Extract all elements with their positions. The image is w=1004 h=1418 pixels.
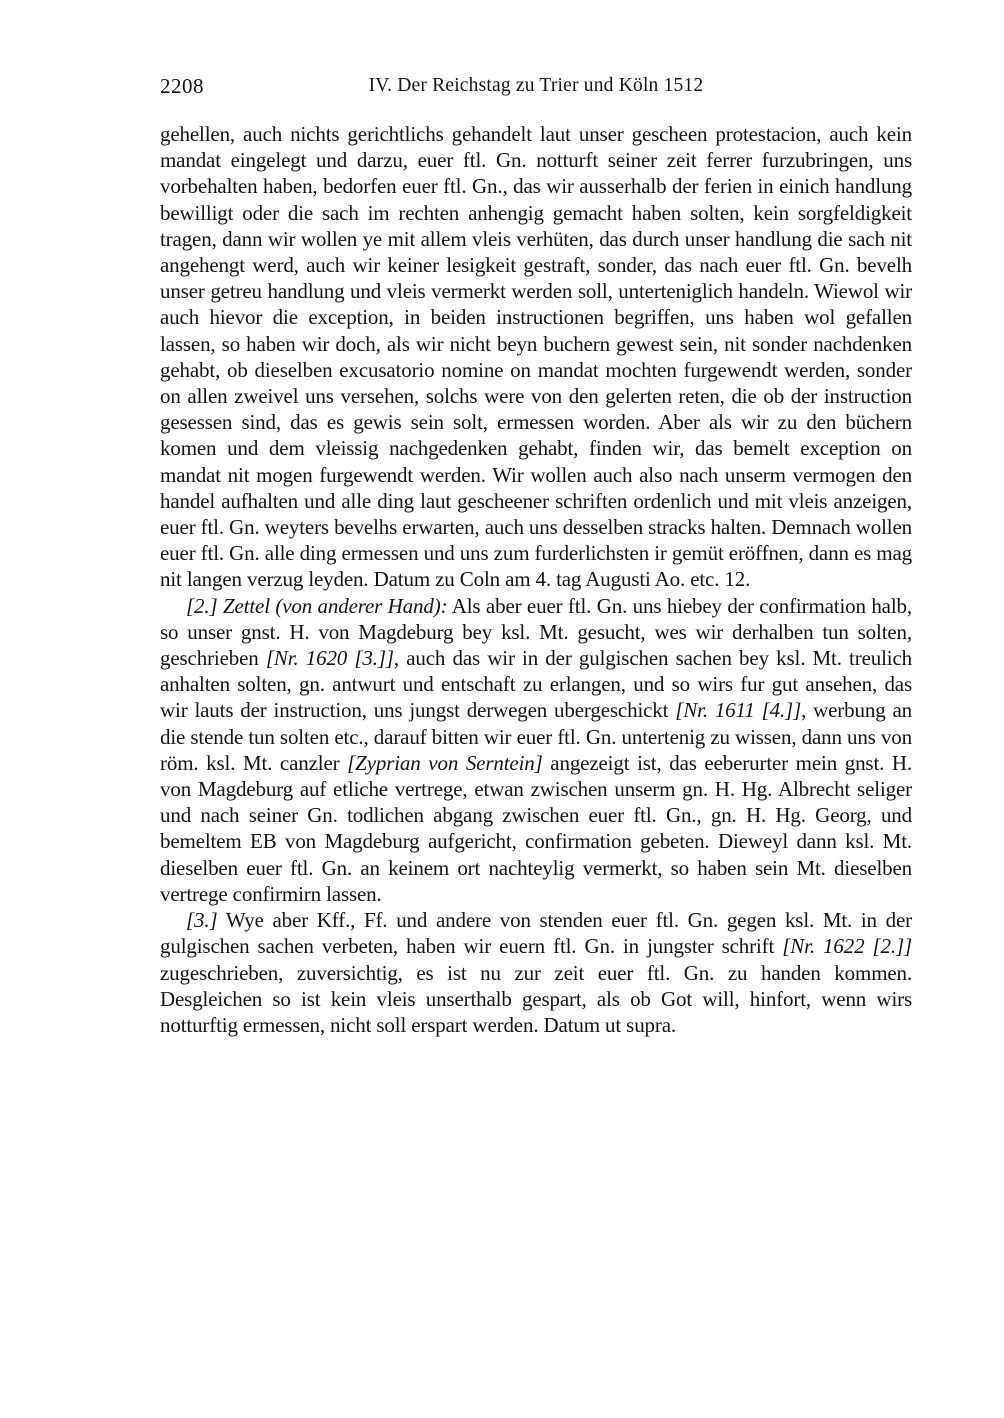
- page-header: 2208 IV. Der Reichstag zu Trier und Köln…: [160, 72, 912, 100]
- paragraph: [3.] Wye aber Kff., Ff. und andere von s…: [160, 907, 912, 1038]
- italic-run: [Nr. 1620 [3.]]: [266, 646, 394, 670]
- italic-run: [3.]: [186, 908, 218, 932]
- italic-run: [Nr. 1611 [4.]]: [675, 698, 801, 722]
- text-column: 2208 IV. Der Reichstag zu Trier und Köln…: [160, 72, 912, 1038]
- paragraph: [2.] Zettel (von anderer Hand): Als aber…: [160, 593, 912, 907]
- running-title: IV. Der Reichstag zu Trier und Köln 1512: [160, 72, 912, 100]
- page-number: 2208: [160, 72, 204, 100]
- paragraph: gehellen, auch nichts gerichtlichs gehan…: [160, 121, 912, 593]
- text-run: gehellen, auch nichts gerichtlichs gehan…: [160, 122, 912, 591]
- page-body: gehellen, auch nichts gerichtlichs gehan…: [160, 121, 912, 1038]
- italic-run: [Zyprian von Serntein]: [347, 751, 542, 775]
- italic-run: [Nr. 1622 [2.]]: [782, 934, 912, 958]
- text-run: zugeschrieben, zuversichtig, es ist nu z…: [160, 961, 912, 1037]
- paragraphs: gehellen, auch nichts gerichtlichs gehan…: [160, 121, 912, 1038]
- italic-run: [2.] Zettel (von anderer Hand):: [186, 594, 447, 618]
- book-page: 2208 IV. Der Reichstag zu Trier und Köln…: [0, 0, 1004, 1418]
